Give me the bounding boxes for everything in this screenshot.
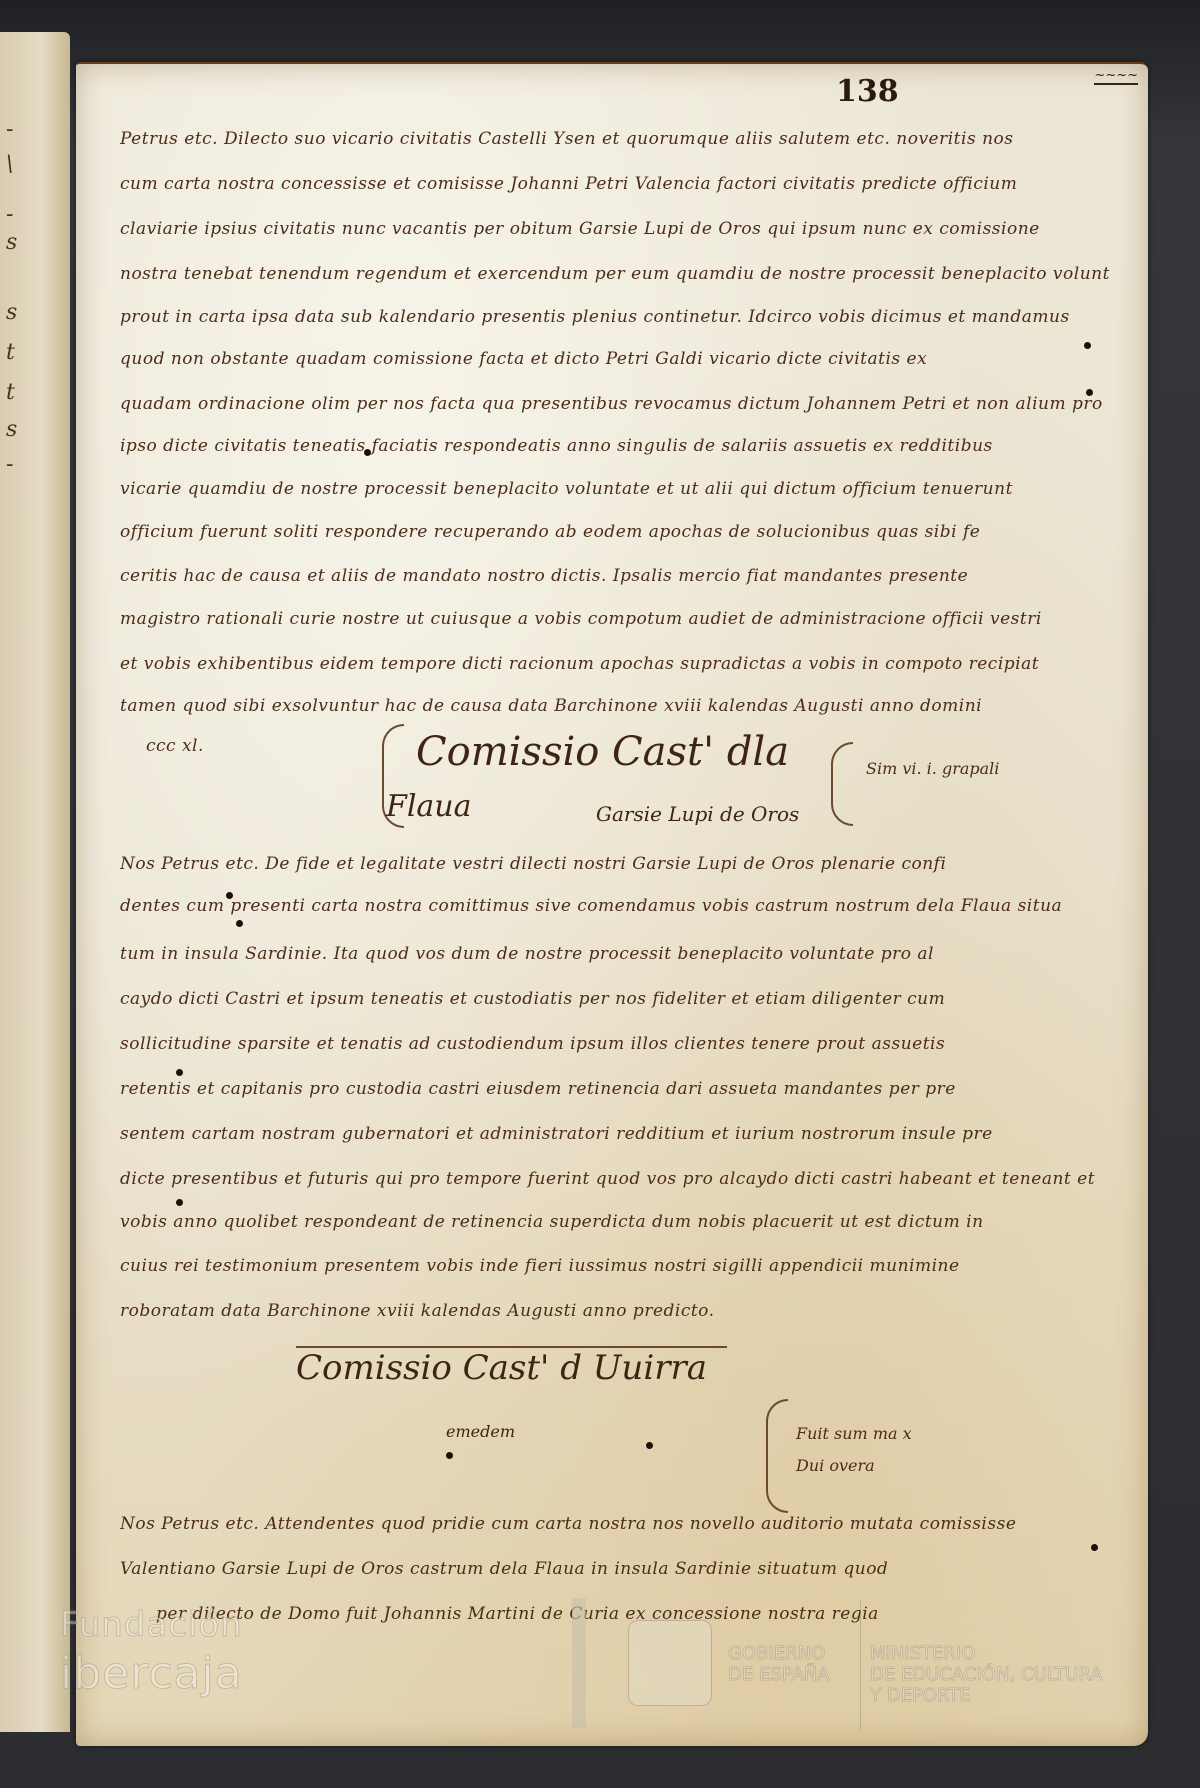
text-line: dicte presentibus et futuris qui pro tem… <box>120 1169 1110 1189</box>
text-line: prout in carta ipsa data sub kalendario … <box>120 307 1110 327</box>
margin-glyph: t <box>6 380 15 405</box>
text-line: ceritis hac de causa et aliis de mandato… <box>120 566 1110 586</box>
text-line: quadam ordinacione olim per nos facta qu… <box>120 394 1110 414</box>
text-line: Petrus etc. Dilecto suo vicario civitati… <box>120 129 1110 149</box>
text-line: tum in insula Sardinie. Ita quod vos dum… <box>120 944 1110 964</box>
text-line: quod non obstante quadam comissione fact… <box>120 349 1110 369</box>
margin-bracket <box>831 742 853 826</box>
text-line: ccc xl. <box>146 736 346 756</box>
text-line: cum carta nostra concessisse et comisiss… <box>120 174 1110 194</box>
margin-glyph: - <box>6 117 13 142</box>
text-line: officium fuerunt soliti respondere recup… <box>120 522 1110 542</box>
text-line: Nos Petrus etc. De fide et legalitate ve… <box>120 854 1110 874</box>
section-heading: Comissio Cast' d Uuirra <box>296 1346 727 1388</box>
text-line: tamen quod sibi exsolvuntur hac de causa… <box>120 696 1110 716</box>
ink-blot <box>176 1199 183 1206</box>
text-line: retentis et capitanis pro custodia castr… <box>120 1079 1110 1099</box>
text-line: magistro rationali curie nostre ut cuius… <box>120 609 1110 629</box>
section-heading-note: emedem <box>446 1422 515 1441</box>
previous-page-edge: - \ - s s t t s - <box>0 32 70 1732</box>
text-line: et vobis exhibentibus eidem tempore dict… <box>120 654 1110 674</box>
watermark-divider <box>860 1600 861 1730</box>
ink-blot <box>1091 1544 1098 1551</box>
text-line: roboratam data Barchinone xviii kalendas… <box>120 1301 1110 1321</box>
text-line: Nos Petrus etc. Attendentes quod pridie … <box>120 1514 1110 1534</box>
spain-coat-of-arms-icon <box>628 1620 712 1706</box>
text-line: claviarie ipsius civitatis nunc vacantis… <box>120 219 1110 239</box>
ink-blot <box>236 920 243 927</box>
ink-blot <box>646 1442 653 1449</box>
ink-blot <box>1084 342 1091 349</box>
text-line: caydo dicti Castri et ipsum teneatis et … <box>120 989 1110 1009</box>
ministerio-line2: DE EDUCACIÓN, CULTURA <box>870 1664 1102 1685</box>
margin-glyph: s <box>6 230 17 255</box>
text-line: dentes cum presenti carta nostra comitti… <box>120 896 1110 916</box>
ink-blot <box>176 1069 183 1076</box>
margin-glyph: s <box>6 417 17 442</box>
text-line: vicarie quamdiu de nostre processit bene… <box>120 479 1110 499</box>
gobierno-line1: GOBIERNO <box>728 1643 830 1664</box>
margin-glyph: t <box>6 340 15 365</box>
text-line: cuius rei testimonium presentem vobis in… <box>120 1256 1110 1276</box>
text-line: nostra tenebat tenendum regendum et exer… <box>120 264 1110 284</box>
ministerio-line1: MINISTERIO <box>870 1643 1102 1664</box>
margin-glyph: - <box>6 202 13 227</box>
ink-blot <box>364 449 371 456</box>
folio-number: 138 <box>836 74 899 109</box>
ink-blot <box>226 892 233 899</box>
ink-blot <box>446 1452 453 1459</box>
text-line: sentem cartam nostram gubernatori et adm… <box>120 1124 1110 1144</box>
margin-glyph: - <box>6 452 13 477</box>
margin-glyph: s <box>6 300 17 325</box>
margin-bracket <box>766 1399 788 1513</box>
text-line: ipso dicte civitatis teneatis faciatis r… <box>120 436 1110 456</box>
section-heading: Comissio Cast' dla <box>416 729 789 775</box>
signature-name: Garsie Lupi de Oros <box>596 802 799 826</box>
text-line: vobis anno quolibet respondeant de retin… <box>120 1212 1110 1232</box>
fundacion-ibercaja-watermark: Fundación <box>60 1605 243 1645</box>
margin-note: Fuit sum ma x <box>796 1424 912 1443</box>
corner-annotation: ~~~~ <box>1094 68 1138 85</box>
margin-note: Dui overa <box>796 1456 875 1475</box>
gobierno-espana-watermark: GOBIERNO DE ESPAÑA <box>728 1643 830 1685</box>
ministerio-watermark: MINISTERIO DE EDUCACIÓN, CULTURA Y DEPOR… <box>870 1643 1102 1706</box>
ibercaja-watermark: ibercaja <box>60 1648 243 1699</box>
manuscript-page: 138 ~~~~ Petrus etc. Dilecto suo vicario… <box>76 62 1148 1746</box>
text-line: sollicitudine sparsite et tenatis ad cus… <box>120 1034 1110 1054</box>
section-heading-place: Flaua <box>386 789 472 824</box>
spain-flag-stripe-icon <box>572 1598 586 1728</box>
margin-glyph: \ <box>6 152 13 177</box>
ministerio-line3: Y DEPORTE <box>870 1685 1102 1706</box>
text-line: Valentiano Garsie Lupi de Oros castrum d… <box>120 1559 1110 1579</box>
margin-note: Sim vi. i. grapali <box>866 759 999 778</box>
ink-blot <box>1086 389 1093 396</box>
gobierno-line2: DE ESPAÑA <box>728 1664 830 1685</box>
